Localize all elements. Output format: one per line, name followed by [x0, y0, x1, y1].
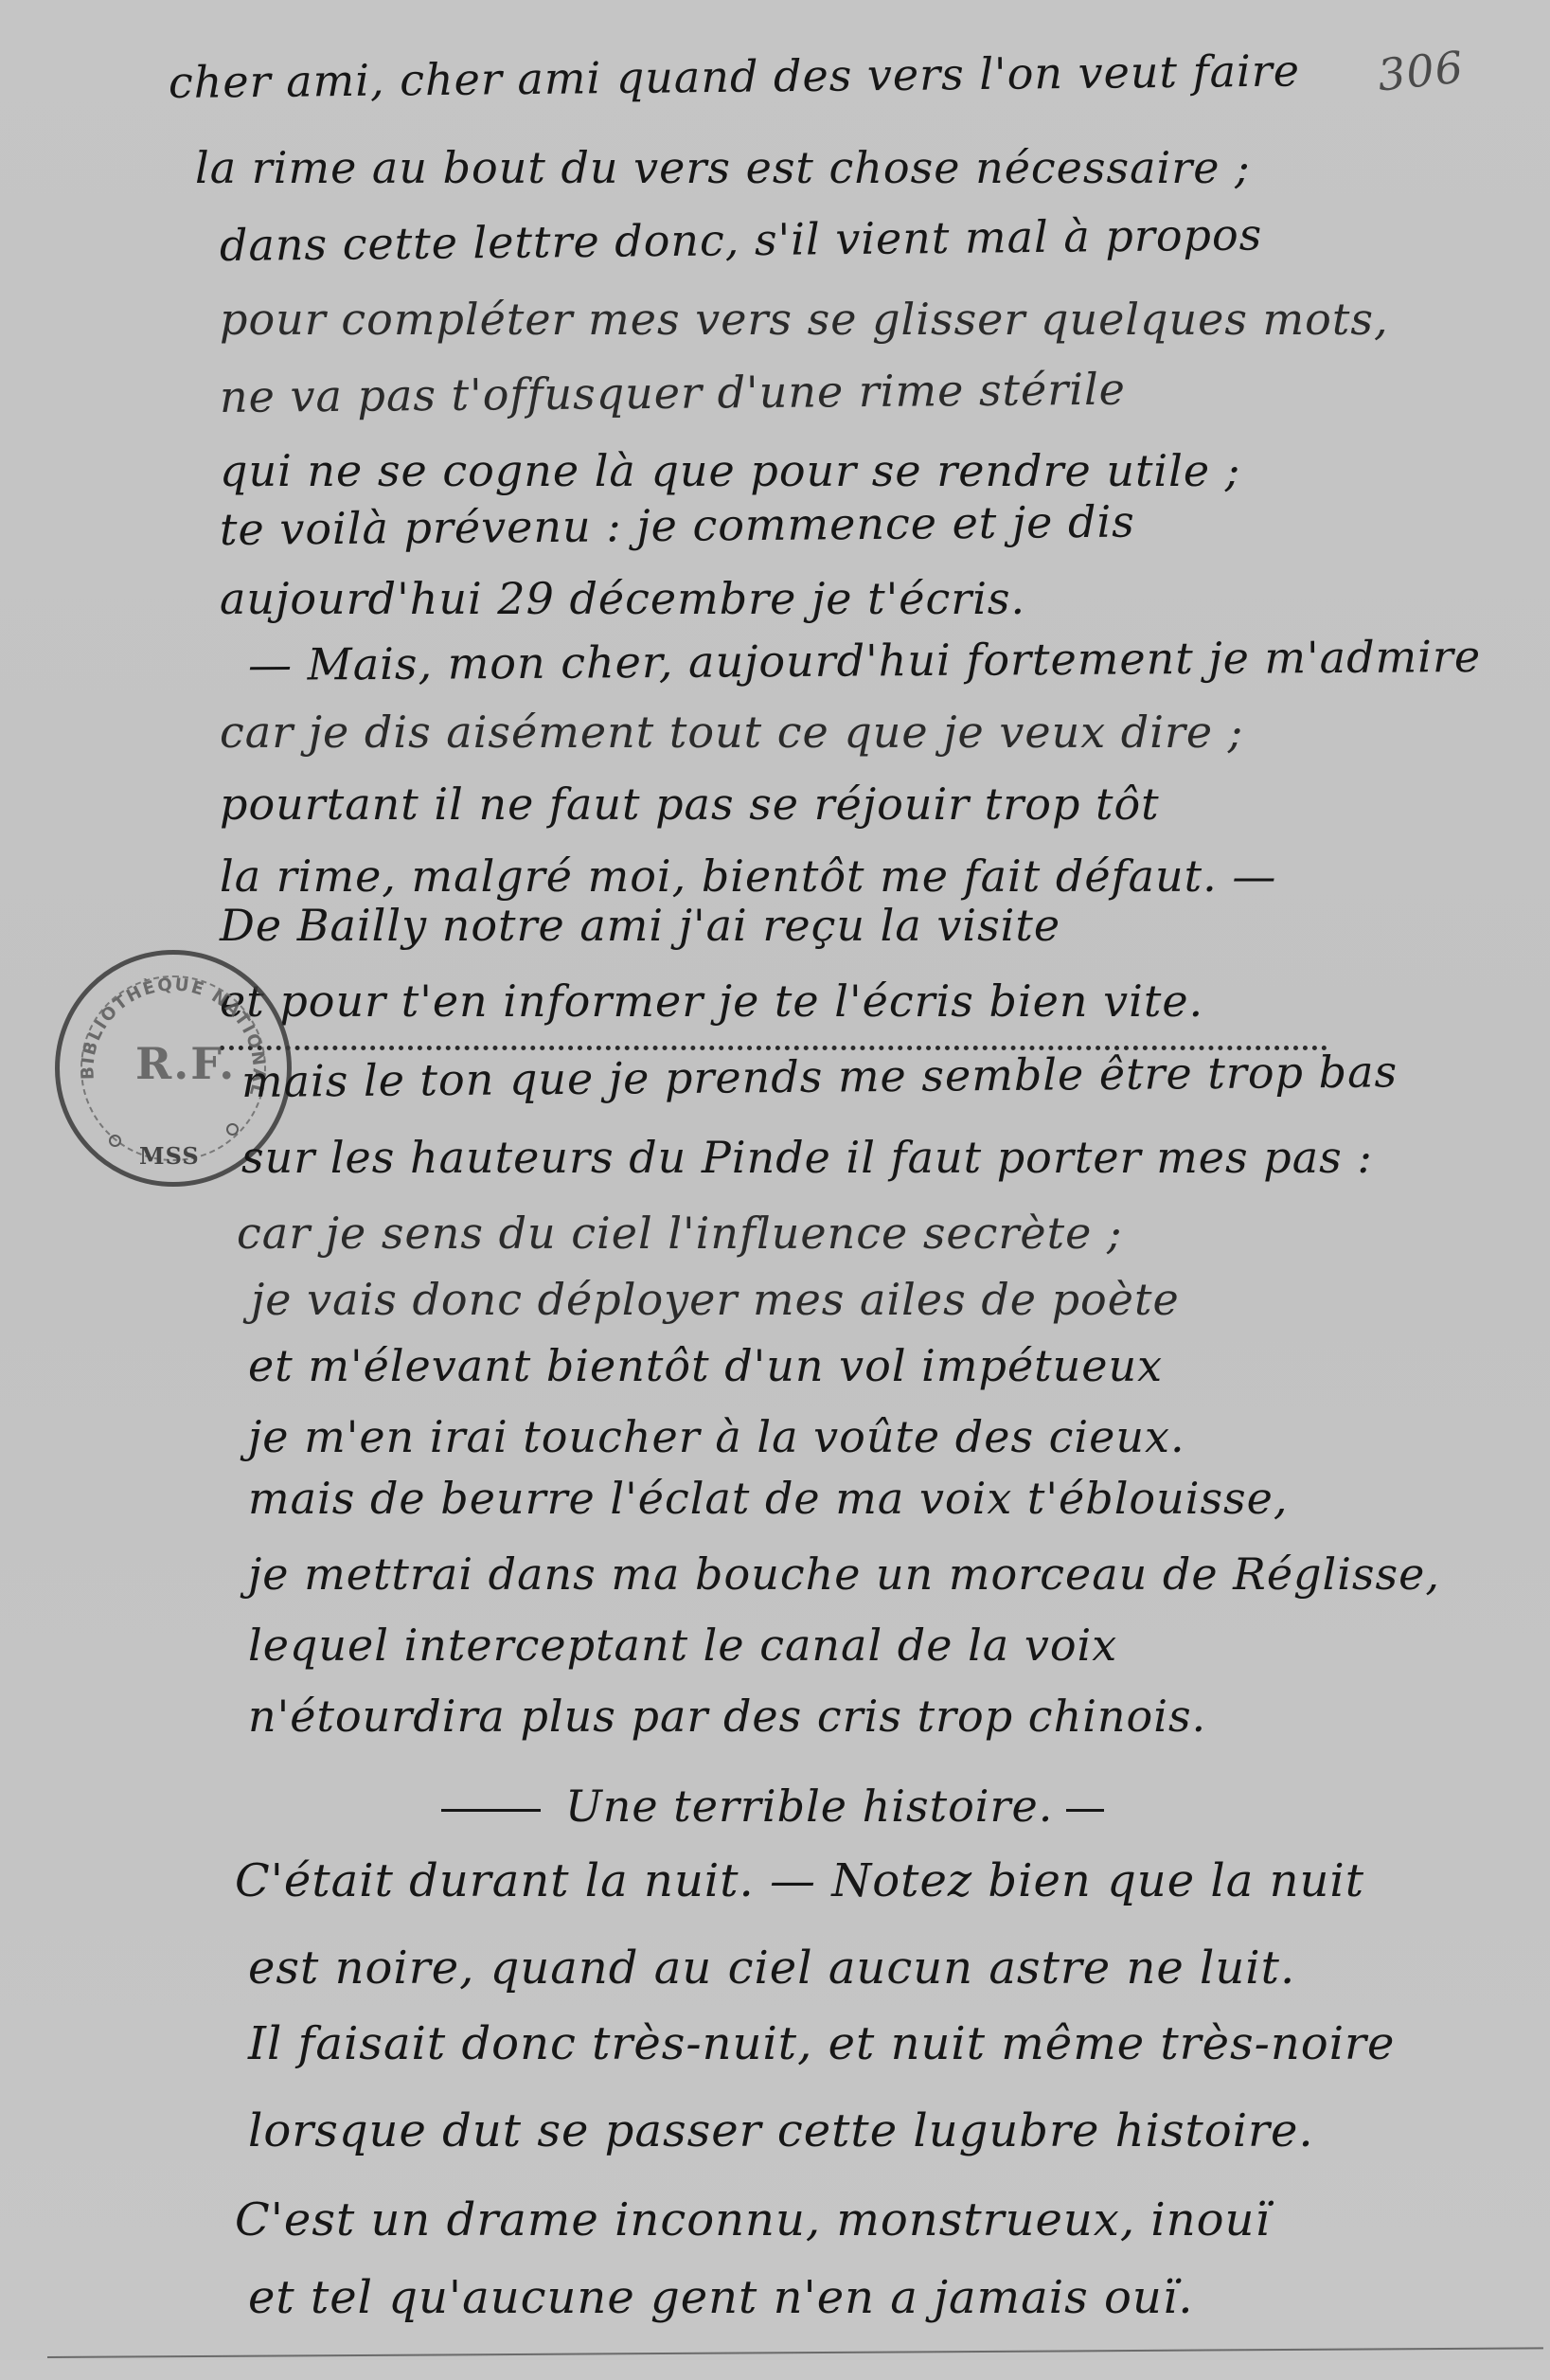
manuscript-line: lequel interceptant le canal de la voix	[248, 1619, 1117, 1671]
manuscript-line: pourtant il ne faut pas se réjouir trop …	[220, 778, 1160, 830]
manuscript-line: la rime au bout du vers est chose nécess…	[195, 142, 1251, 193]
folio-number: 306	[1375, 41, 1466, 100]
manuscript-line: n'étourdira plus par des cris trop chino…	[248, 1691, 1206, 1742]
manuscript-line: — Mais, mon cher, aujourd'hui fortement …	[248, 631, 1482, 690]
manuscript-line: pour compléter mes vers se glisser quelq…	[220, 294, 1389, 345]
manuscript-line: je mettrai dans ma bouche un morceau de …	[248, 1548, 1440, 1600]
title-dash-left	[441, 1809, 541, 1812]
manuscript-line: qui ne se cogne là que pour se rendre ut…	[220, 445, 1240, 496]
story-line: et tel qu'aucune gent n'en a jamais ouï.	[248, 2271, 1193, 2324]
manuscript-line: et pour t'en informer je te l'écris bien…	[220, 975, 1203, 1027]
story-line: Il faisait donc très-nuit, et nuit même …	[248, 2017, 1395, 2070]
story-line: est noire, quand au ciel aucun astre ne …	[248, 1942, 1295, 1995]
story-line: lorsque dut se passer cette lugubre hist…	[248, 2104, 1314, 2157]
manuscript-line: ne va pas t'offusquer d'une rime stérile	[220, 364, 1126, 422]
section-title: Une terrible histoire.	[417, 1781, 1129, 1832]
page-margin	[0, 2360, 1550, 2380]
manuscript-line: sur les hauteurs du Pinde il faut porter…	[241, 1132, 1373, 1183]
stamp-center-text: R.F.	[135, 1038, 236, 1089]
manuscript-line: De Bailly notre ami j'ai reçu la visite	[220, 900, 1060, 951]
stamp-ornament-icon	[109, 1135, 121, 1147]
manuscript-line: car je sens du ciel l'influence secrète …	[237, 1208, 1122, 1259]
manuscript-line: je m'en irai toucher à la voûte des cieu…	[248, 1411, 1185, 1462]
manuscript-line: mais de beurre l'éclat de ma voix t'éblo…	[248, 1473, 1289, 1524]
stamp-mss-text: MSS	[139, 1142, 200, 1170]
story-line: C'est un drame inconnu, monstrueux, inou…	[235, 2193, 1271, 2246]
manuscript-line: je vais donc déployer mes ailes de poète	[251, 1274, 1180, 1325]
title-dash-right	[1066, 1809, 1104, 1812]
manuscript-line: dans cette lettre donc, s'il vient mal à…	[220, 208, 1263, 271]
stamp-ornament-icon	[226, 1123, 239, 1136]
section-title-text: Une terrible histoire.	[565, 1781, 1053, 1832]
manuscript-line: cher ami, cher ami quand des vers l'on v…	[169, 45, 1300, 108]
story-line: C'était durant la nuit. — Notez bien que…	[235, 1854, 1364, 1907]
manuscript-line: car je dis aisément tout ce que je veux …	[220, 707, 1243, 758]
manuscript-line: et m'élevant bientôt d'un vol impétueux	[248, 1340, 1163, 1391]
paper-bottom-edge	[47, 2347, 1543, 2358]
manuscript-line: aujourd'hui 29 décembre je t'écris.	[220, 573, 1025, 624]
manuscript-line: mais le ton que je prends me semble être…	[241, 1046, 1399, 1107]
manuscript-line: la rime, malgré moi, bientôt me fait déf…	[220, 850, 1276, 902]
manuscript-page: 306 cher ami, cher ami quand des vers l'…	[0, 0, 1550, 2380]
manuscript-line: te voilà prévenu : je commence et je dis	[220, 496, 1135, 555]
